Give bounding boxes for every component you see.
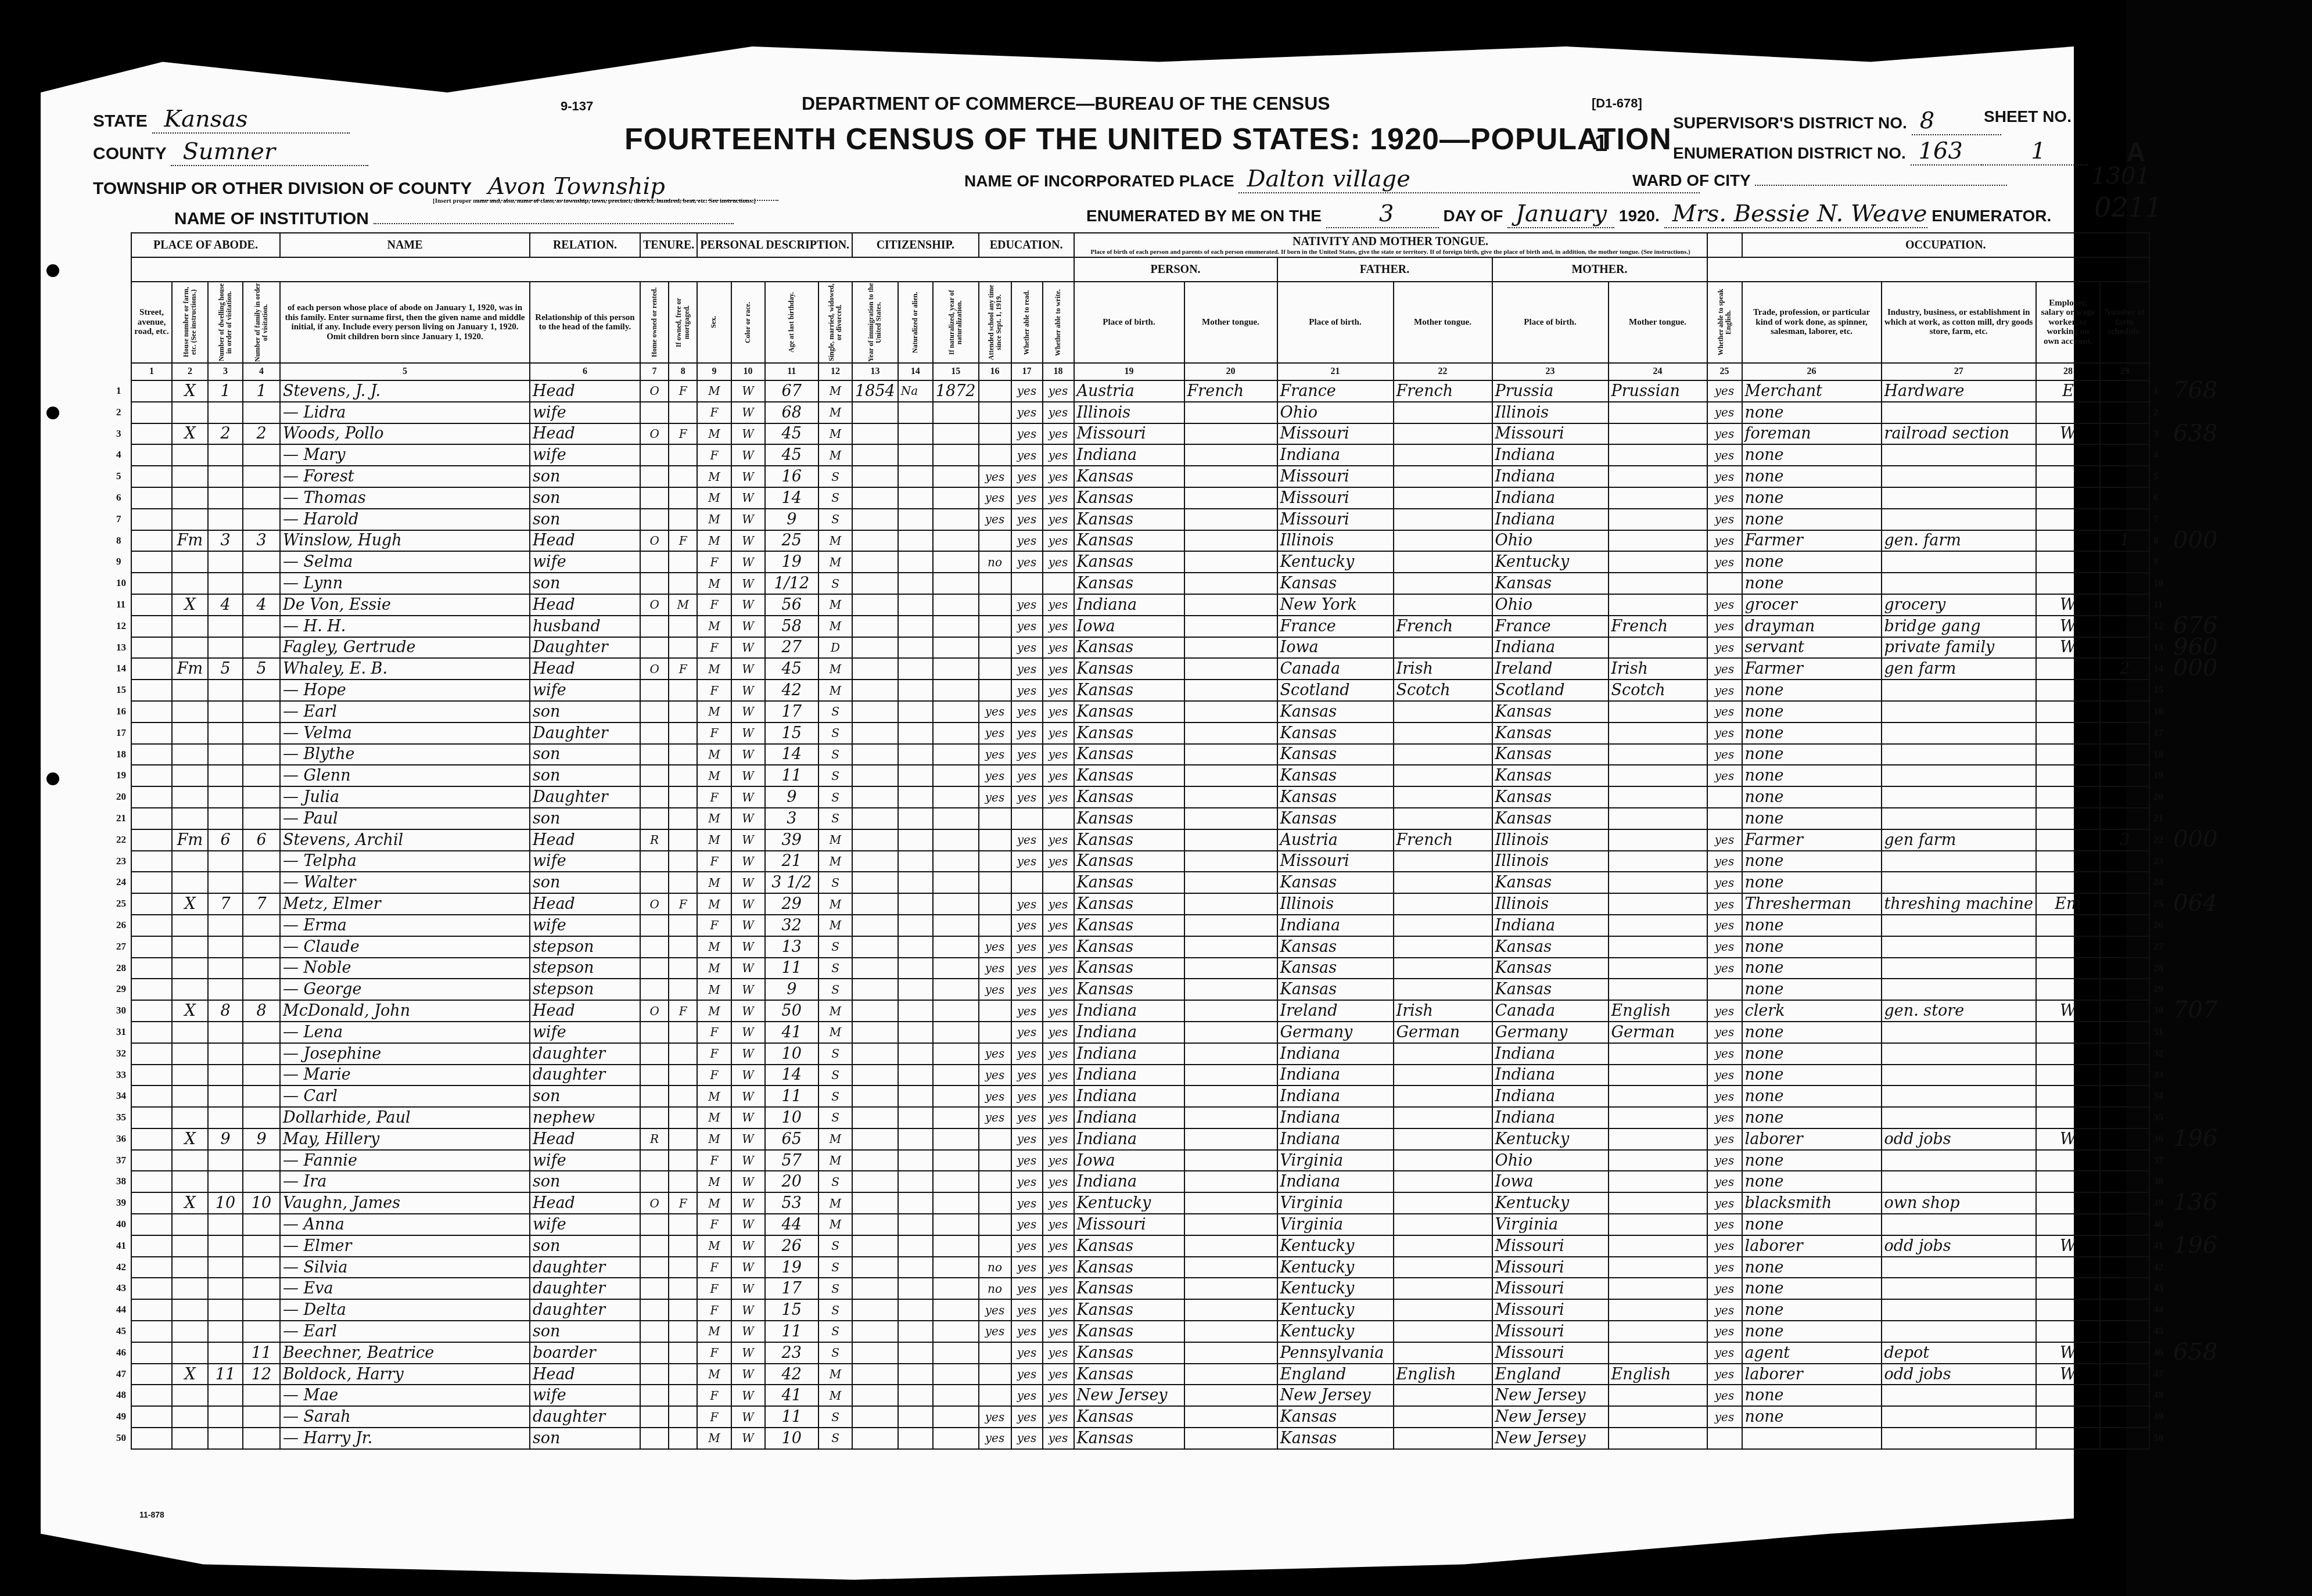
cell-mt bbox=[1184, 402, 1277, 423]
cell-mar: M bbox=[818, 915, 852, 936]
cell-write: yes bbox=[1043, 1192, 1074, 1214]
cell-occ: none bbox=[1742, 1406, 1882, 1428]
cell-race: W bbox=[731, 423, 765, 445]
cell-age: 11 bbox=[765, 1085, 818, 1107]
cell-mar: M bbox=[818, 380, 852, 402]
cell-sch: yes bbox=[979, 509, 1011, 530]
cell-imm bbox=[852, 509, 898, 530]
cell-name: — H. H. bbox=[280, 616, 530, 637]
cell-race: W bbox=[731, 1192, 765, 1214]
cell-occ: none bbox=[1742, 1321, 1882, 1342]
cell-farm bbox=[2100, 701, 2149, 722]
cell-c4 bbox=[243, 701, 280, 722]
cell-fmt bbox=[1394, 1171, 1492, 1192]
cell-rel: wife bbox=[530, 1022, 640, 1043]
cell-name: — Lidra bbox=[280, 402, 530, 423]
cell-c3 bbox=[208, 786, 243, 808]
line-number: 34 bbox=[116, 1090, 126, 1102]
column-number: 10 bbox=[731, 363, 765, 380]
cell-fmt bbox=[1394, 487, 1492, 509]
cell-nat bbox=[898, 530, 933, 552]
cell-pob: Kansas bbox=[1074, 936, 1184, 958]
cell-sch: yes bbox=[979, 1107, 1011, 1128]
cell-imm bbox=[852, 1000, 898, 1022]
cell-mmt bbox=[1609, 1321, 1707, 1342]
cell-imm bbox=[852, 551, 898, 573]
column-header-6: Relationship of this person to the head … bbox=[530, 282, 640, 363]
cell-pob: Kansas bbox=[1074, 1235, 1184, 1257]
cell-c2 bbox=[172, 915, 208, 936]
cell-c4: 12 bbox=[243, 1364, 280, 1385]
cell-read: yes bbox=[1011, 1000, 1043, 1022]
cell-free bbox=[669, 444, 697, 466]
cell-mt bbox=[1184, 829, 1277, 851]
line-number: 34 bbox=[2153, 1090, 2163, 1102]
column-number: 17 bbox=[1011, 363, 1043, 380]
cell-mpob: Missouri bbox=[1492, 1278, 1609, 1299]
cell-sch bbox=[979, 423, 1011, 445]
cell-farm bbox=[2100, 1364, 2149, 1385]
cell-name: — Velma bbox=[280, 722, 530, 744]
cell-emp bbox=[2036, 402, 2100, 423]
sheet-number-field: 1 bbox=[1981, 138, 2088, 166]
cell-eng: yes bbox=[1707, 530, 1742, 552]
cell-sex: M bbox=[697, 1128, 731, 1150]
cell-age: 16 bbox=[765, 466, 818, 487]
cell-emp bbox=[2036, 808, 2100, 829]
cell-pob: Kansas bbox=[1074, 1364, 1184, 1385]
cell-write: yes bbox=[1043, 402, 1074, 423]
line-number: 10 bbox=[116, 577, 126, 589]
line-number: 13 bbox=[116, 642, 126, 653]
cell-emp: W bbox=[2036, 1235, 2100, 1257]
cell-eng: yes bbox=[1707, 637, 1742, 659]
cell-pob: Kansas bbox=[1074, 530, 1184, 552]
column-header-25: Whether able to speak English. bbox=[1707, 282, 1742, 363]
cell-c1 bbox=[131, 1043, 172, 1065]
department-heading: DEPARTMENT OF COMMERCE—BUREAU OF THE CEN… bbox=[802, 93, 1330, 114]
cell-mar: S bbox=[818, 872, 852, 893]
cell-read: yes bbox=[1011, 851, 1043, 872]
cell-mt bbox=[1184, 722, 1277, 744]
cell-read: yes bbox=[1011, 915, 1043, 936]
cell-mt bbox=[1184, 765, 1277, 786]
cell-c1 bbox=[131, 1235, 172, 1257]
cell-imm bbox=[852, 1085, 898, 1107]
cell-c3 bbox=[208, 765, 243, 786]
cell-c4 bbox=[243, 573, 280, 594]
margin-tally: 658 bbox=[2173, 1339, 2217, 1365]
binding-hole bbox=[46, 264, 59, 277]
cell-occ: none bbox=[1742, 1214, 1882, 1235]
line-number: 17 bbox=[116, 727, 126, 739]
line-number: 26 bbox=[116, 919, 126, 931]
table-row: — MariedaughterFW14SyesyesyesIndianaIndi… bbox=[131, 1065, 2149, 1086]
cell-mmt: French bbox=[1609, 616, 1707, 637]
cell-natyr bbox=[933, 1364, 979, 1385]
line-number: 50 bbox=[116, 1432, 126, 1444]
cell-c3 bbox=[208, 1321, 243, 1342]
column-header-18: Whether able to write. bbox=[1043, 282, 1074, 363]
cell-farm bbox=[2100, 1214, 2149, 1235]
line-number: 16 bbox=[116, 706, 126, 717]
cell-nat bbox=[898, 1214, 933, 1235]
cell-eng: yes bbox=[1707, 851, 1742, 872]
cell-race: W bbox=[731, 872, 765, 893]
cell-sex: M bbox=[697, 979, 731, 1000]
cell-sex: F bbox=[697, 1257, 731, 1278]
cell-ind bbox=[1882, 1214, 2036, 1235]
cell-own bbox=[640, 1299, 669, 1321]
cell-emp: E bbox=[2036, 380, 2100, 402]
cell-own bbox=[640, 1085, 669, 1107]
cell-race: W bbox=[731, 1235, 765, 1257]
cell-farm bbox=[2100, 509, 2149, 530]
cell-imm bbox=[852, 1150, 898, 1171]
cell-mpob: France bbox=[1492, 616, 1609, 637]
line-number: 38 bbox=[116, 1176, 126, 1187]
cell-free bbox=[669, 1428, 697, 1449]
cell-mar: S bbox=[818, 1171, 852, 1192]
cell-ind bbox=[1882, 573, 2036, 594]
cell-free bbox=[669, 722, 697, 744]
cell-farm bbox=[2100, 1043, 2149, 1065]
place-label: NAME OF INCORPORATED PLACE bbox=[964, 172, 1234, 190]
cell-race: W bbox=[731, 444, 765, 466]
cell-c2 bbox=[172, 444, 208, 466]
township-value: Avon Township bbox=[476, 173, 778, 201]
margin-tally: 707 bbox=[2173, 997, 2217, 1023]
cell-mmt bbox=[1609, 1214, 1707, 1235]
cell-natyr: 1872 bbox=[933, 380, 979, 402]
line-number: 26 bbox=[2153, 919, 2163, 931]
township-field: TOWNSHIP OR OTHER DIVISION OF COUNTY Avo… bbox=[93, 173, 778, 201]
cell-name: — Selma bbox=[280, 551, 530, 573]
cell-emp bbox=[2036, 444, 2100, 466]
cell-pob: Indiana bbox=[1074, 1085, 1184, 1107]
cell-fpob: New Jersey bbox=[1277, 1385, 1394, 1406]
table-row: — SelmawifeFW19MnoyesyesKansasKentuckyKe… bbox=[131, 551, 2149, 573]
line-number: 35 bbox=[2153, 1112, 2163, 1123]
cell-write: yes bbox=[1043, 1022, 1074, 1043]
cell-farm bbox=[2100, 1299, 2149, 1321]
cell-fpob: Virginia bbox=[1277, 1150, 1394, 1171]
cell-write: yes bbox=[1043, 380, 1074, 402]
cell-c4: 9 bbox=[243, 1128, 280, 1150]
cell-c1 bbox=[131, 573, 172, 594]
cell-read: yes bbox=[1011, 380, 1043, 402]
column-header-1: Street, avenue, road, etc. bbox=[131, 282, 172, 363]
cell-c2 bbox=[172, 1278, 208, 1299]
margin-tally: 000 bbox=[2173, 826, 2217, 853]
cell-mt: French bbox=[1184, 380, 1277, 402]
cell-ind bbox=[1882, 1043, 2036, 1065]
cell-natyr bbox=[933, 637, 979, 659]
cell-sex: M bbox=[697, 466, 731, 487]
cell-natyr bbox=[933, 1214, 979, 1235]
cell-natyr bbox=[933, 680, 979, 701]
cell-farm bbox=[2100, 1342, 2149, 1364]
cell-race: W bbox=[731, 829, 765, 851]
cell-pob: Indiana bbox=[1074, 1022, 1184, 1043]
cell-fpob: Indiana bbox=[1277, 1128, 1394, 1150]
cell-own bbox=[640, 444, 669, 466]
cell-fpob: Indiana bbox=[1277, 444, 1394, 466]
cell-race: W bbox=[731, 658, 765, 680]
cell-occ: none bbox=[1742, 1299, 1882, 1321]
cell-occ: none bbox=[1742, 487, 1882, 509]
cell-free bbox=[669, 1214, 697, 1235]
line-number: 8 bbox=[2153, 535, 2159, 547]
cell-nat bbox=[898, 765, 933, 786]
cell-sex: M bbox=[697, 872, 731, 893]
cell-ind bbox=[1882, 701, 2036, 722]
cell-occ: laborer bbox=[1742, 1128, 1882, 1150]
cell-imm bbox=[852, 1321, 898, 1342]
cell-c2: X bbox=[172, 1364, 208, 1385]
line-number: 28 bbox=[116, 962, 126, 974]
cell-mpob: Virginia bbox=[1492, 1214, 1609, 1235]
cell-c1 bbox=[131, 487, 172, 509]
cell-rel: daughter bbox=[530, 1043, 640, 1065]
cell-occ: none bbox=[1742, 872, 1882, 893]
cell-ind bbox=[1882, 466, 2036, 487]
column-header-14: Naturalized or alien. bbox=[898, 282, 933, 363]
cell-write: yes bbox=[1043, 1428, 1074, 1449]
cell-mpob: Missouri bbox=[1492, 423, 1609, 445]
cell-free bbox=[669, 1385, 697, 1406]
cell-c1 bbox=[131, 872, 172, 893]
cell-age: 14 bbox=[765, 487, 818, 509]
cell-fmt bbox=[1394, 979, 1492, 1000]
cell-c2 bbox=[172, 616, 208, 637]
cell-mt bbox=[1184, 872, 1277, 893]
cell-own: O bbox=[640, 1192, 669, 1214]
cell-name: — Erma bbox=[280, 915, 530, 936]
cell-rel: son bbox=[530, 1235, 640, 1257]
cell-pob: Kansas bbox=[1074, 1321, 1184, 1342]
cell-rel: wife bbox=[530, 680, 640, 701]
cell-free: F bbox=[669, 893, 697, 915]
cell-occ: none bbox=[1742, 744, 1882, 765]
cell-ind bbox=[1882, 1107, 2036, 1128]
margin-tally: 196 bbox=[2173, 1232, 2217, 1259]
cell-ind bbox=[1882, 402, 2036, 423]
cell-fpob: Kansas bbox=[1277, 1406, 1394, 1428]
cell-fmt bbox=[1394, 915, 1492, 936]
cell-c4 bbox=[243, 1150, 280, 1171]
cell-c4 bbox=[243, 1107, 280, 1128]
cell-sch: yes bbox=[979, 1043, 1011, 1065]
cell-pob: Kansas bbox=[1074, 637, 1184, 659]
cell-read: yes bbox=[1011, 1065, 1043, 1086]
cell-c3 bbox=[208, 872, 243, 893]
cell-natyr bbox=[933, 1406, 979, 1428]
cell-emp bbox=[2036, 1428, 2100, 1449]
cell-occ: none bbox=[1742, 1278, 1882, 1299]
cell-fpob: Kentucky bbox=[1277, 1321, 1394, 1342]
table-row: — IrasonMW20SyesyesIndianaIndianaIowayes… bbox=[131, 1171, 2149, 1192]
cell-mar: S bbox=[818, 701, 852, 722]
line-number: 29 bbox=[116, 983, 126, 995]
cell-nat: Na bbox=[898, 380, 933, 402]
cell-race: W bbox=[731, 1085, 765, 1107]
cell-mpob: Kansas bbox=[1492, 701, 1609, 722]
line-number: 30 bbox=[116, 1005, 126, 1016]
cell-pob: Kansas bbox=[1074, 765, 1184, 786]
cell-mmt bbox=[1609, 1299, 1707, 1321]
cell-own bbox=[640, 1257, 669, 1278]
cell-c2 bbox=[172, 958, 208, 979]
cell-c4 bbox=[243, 1428, 280, 1449]
cell-sch: yes bbox=[979, 958, 1011, 979]
cell-c2 bbox=[172, 872, 208, 893]
cell-nat bbox=[898, 958, 933, 979]
cell-rel: daughter bbox=[530, 1065, 640, 1086]
cell-own bbox=[640, 637, 669, 659]
cell-write: yes bbox=[1043, 680, 1074, 701]
cell-mpob: Germany bbox=[1492, 1022, 1609, 1043]
column-header-12: Single, married, widowed, or divorced. bbox=[818, 282, 852, 363]
cell-mt bbox=[1184, 979, 1277, 1000]
cell-age: 45 bbox=[765, 423, 818, 445]
cell-imm bbox=[852, 1128, 898, 1150]
cell-c4 bbox=[243, 765, 280, 786]
cell-sex: F bbox=[697, 786, 731, 808]
cell-read: yes bbox=[1011, 466, 1043, 487]
table-row: — GlennsonMW11SyesyesyesKansasKansasKans… bbox=[131, 765, 2149, 786]
line-number: 29 bbox=[2153, 983, 2163, 995]
cell-c4 bbox=[243, 872, 280, 893]
cell-natyr bbox=[933, 765, 979, 786]
cell-fmt bbox=[1394, 551, 1492, 573]
cell-nat bbox=[898, 1257, 933, 1278]
cell-mmt bbox=[1609, 1107, 1707, 1128]
cell-imm bbox=[852, 872, 898, 893]
cell-imm bbox=[852, 765, 898, 786]
cell-rel: son bbox=[530, 1428, 640, 1449]
cell-c4 bbox=[243, 744, 280, 765]
line-number: 44 bbox=[2153, 1304, 2163, 1315]
cell-eng: yes bbox=[1707, 1385, 1742, 1406]
cell-imm bbox=[852, 1214, 898, 1235]
cell-c1 bbox=[131, 1107, 172, 1128]
cell-c4 bbox=[243, 1043, 280, 1065]
enumerator-name: Mrs. Bessie N. Weave bbox=[1664, 200, 1927, 228]
cell-sch: yes bbox=[979, 936, 1011, 958]
cell-write: yes bbox=[1043, 1128, 1074, 1150]
cell-c2 bbox=[172, 1406, 208, 1428]
table-row: — GeorgestepsonMW9SyesyesyesKansasKansas… bbox=[131, 979, 2149, 1000]
cell-sex: M bbox=[697, 423, 731, 445]
cell-c4 bbox=[243, 616, 280, 637]
cell-write: yes bbox=[1043, 444, 1074, 466]
cell-rel: Head bbox=[530, 1364, 640, 1385]
cell-sex: M bbox=[697, 616, 731, 637]
cell-c3 bbox=[208, 487, 243, 509]
cell-free: F bbox=[669, 1000, 697, 1022]
cell-c3 bbox=[208, 1385, 243, 1406]
cell-imm bbox=[852, 637, 898, 659]
cell-mar: M bbox=[818, 1214, 852, 1235]
cell-mpob: Kansas bbox=[1492, 744, 1609, 765]
cell-mmt: German bbox=[1609, 1022, 1707, 1043]
cell-imm bbox=[852, 958, 898, 979]
line-number: 6 bbox=[116, 492, 121, 504]
cell-c4 bbox=[243, 1257, 280, 1278]
cell-age: 10 bbox=[765, 1428, 818, 1449]
cell-sch bbox=[979, 380, 1011, 402]
cell-pob: Kansas bbox=[1074, 680, 1184, 701]
supervisor-district-field: SUPERVISOR'S DISTRICT NO. 8 bbox=[1673, 107, 2001, 135]
cell-read: yes bbox=[1011, 509, 1043, 530]
cell-mt bbox=[1184, 1342, 1277, 1364]
cell-rel: son bbox=[530, 744, 640, 765]
cell-read: yes bbox=[1011, 1043, 1043, 1065]
cell-mpob: Illinois bbox=[1492, 402, 1609, 423]
line-number: 33 bbox=[116, 1069, 126, 1081]
cell-rel: husband bbox=[530, 616, 640, 637]
cell-rel: wife bbox=[530, 1385, 640, 1406]
table-row: — HopewifeFW42MyesyesKansasScotlandScotc… bbox=[131, 680, 2149, 701]
cell-mar: S bbox=[818, 786, 852, 808]
cell-imm bbox=[852, 1107, 898, 1128]
enumeration-label: ENUMERATION DISTRICT NO. bbox=[1673, 144, 1906, 162]
cell-race: W bbox=[731, 915, 765, 936]
cell-mpob: Illinois bbox=[1492, 893, 1609, 915]
column-header-16: Attended school any time since Sept. 1, … bbox=[979, 282, 1011, 363]
cell-farm bbox=[2100, 765, 2149, 786]
cell-rel: son bbox=[530, 466, 640, 487]
institution-label: NAME OF INSTITUTION bbox=[174, 209, 369, 228]
cell-c1 bbox=[131, 1342, 172, 1364]
cell-occ: none bbox=[1742, 979, 1882, 1000]
cell-c2 bbox=[172, 1428, 208, 1449]
cell-c2 bbox=[172, 1235, 208, 1257]
cell-farm bbox=[2100, 786, 2149, 808]
cell-eng: yes bbox=[1707, 1085, 1742, 1107]
cell-name: Metz, Elmer bbox=[280, 893, 530, 915]
cell-sch: yes bbox=[979, 1428, 1011, 1449]
cell-imm bbox=[852, 616, 898, 637]
cell-read: yes bbox=[1011, 1150, 1043, 1171]
cell-c4 bbox=[243, 936, 280, 958]
cell-eng: yes bbox=[1707, 765, 1742, 786]
cell-c1 bbox=[131, 1385, 172, 1406]
cell-emp bbox=[2036, 744, 2100, 765]
cell-emp: W bbox=[2036, 616, 2100, 637]
cell-natyr bbox=[933, 444, 979, 466]
cell-c1 bbox=[131, 1428, 172, 1449]
cell-age: 67 bbox=[765, 380, 818, 402]
cell-race: W bbox=[731, 380, 765, 402]
table-row: Fm66Stevens, ArchilHeadRMW39MyesyesKansa… bbox=[131, 829, 2149, 851]
cell-mpob: Ohio bbox=[1492, 1150, 1609, 1171]
cell-sex: M bbox=[697, 958, 731, 979]
cell-race: W bbox=[731, 1022, 765, 1043]
column-number: 12 bbox=[818, 363, 852, 380]
cell-ind bbox=[1882, 1022, 2036, 1043]
cell-c1 bbox=[131, 616, 172, 637]
cell-mt bbox=[1184, 1150, 1277, 1171]
line-number: 11 bbox=[116, 599, 125, 610]
cell-natyr bbox=[933, 487, 979, 509]
cell-mpob: Indiana bbox=[1492, 466, 1609, 487]
cell-name: — Noble bbox=[280, 958, 530, 979]
cell-race: W bbox=[731, 958, 765, 979]
cell-pob: New Jersey bbox=[1074, 1385, 1184, 1406]
cell-farm bbox=[2100, 1321, 2149, 1342]
